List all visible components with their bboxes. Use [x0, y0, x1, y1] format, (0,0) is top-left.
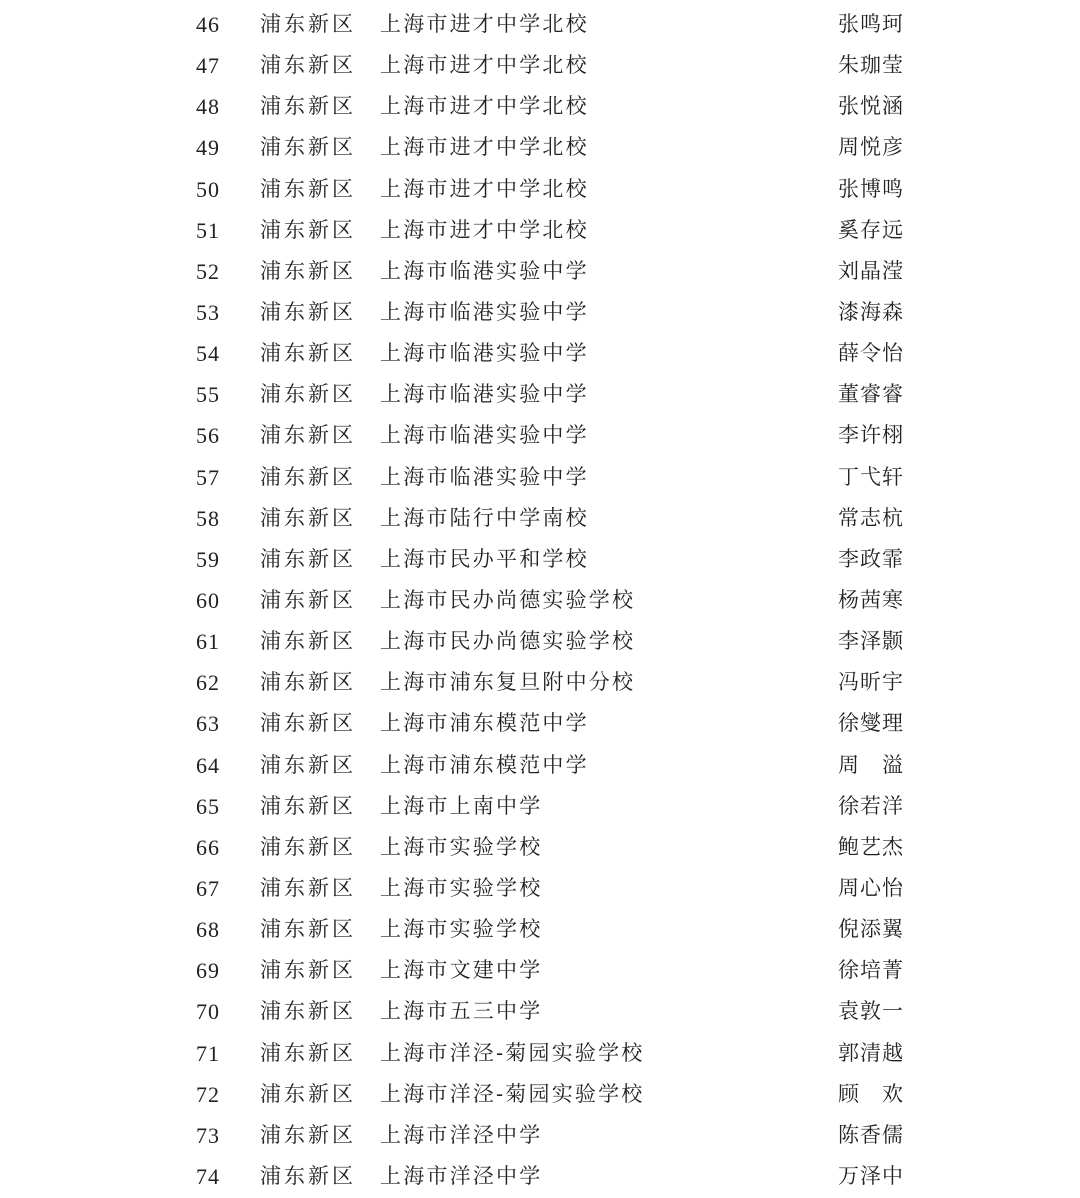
table-row: 62浦东新区上海市浦东复旦附中分校冯昕宇	[0, 662, 1080, 703]
school-cell: 上海市进才中学北校	[380, 210, 589, 251]
district-cell: 浦东新区	[260, 621, 356, 662]
school-cell: 上海市进才中学北校	[380, 169, 589, 210]
school-cell: 上海市进才中学北校	[380, 86, 589, 127]
table-row: 57浦东新区上海市临港实验中学丁弋轩	[0, 457, 1080, 498]
student-name-cell: 倪添翼	[838, 909, 904, 950]
school-cell: 上海市进才中学北校	[380, 45, 589, 86]
student-name-cell: 袁敦一	[838, 991, 904, 1032]
table-row: 49浦东新区上海市进才中学北校周悦彦	[0, 127, 1080, 168]
school-cell: 上海市洋泾-菊园实验学校	[380, 1033, 645, 1074]
row-number: 61	[196, 621, 220, 662]
district-cell: 浦东新区	[260, 45, 356, 86]
district-cell: 浦东新区	[260, 210, 356, 251]
row-number: 48	[196, 86, 220, 127]
district-cell: 浦东新区	[260, 127, 356, 168]
table-row: 46浦东新区上海市进才中学北校张鸣珂	[0, 4, 1080, 45]
table-row: 73浦东新区上海市洋泾中学陈香儒	[0, 1115, 1080, 1156]
district-cell: 浦东新区	[260, 950, 356, 991]
table-row: 53浦东新区上海市临港实验中学漆海森	[0, 292, 1080, 333]
school-cell: 上海市临港实验中学	[380, 415, 589, 456]
row-number: 50	[196, 169, 220, 210]
table-row: 68浦东新区上海市实验学校倪添翼	[0, 909, 1080, 950]
table-row: 60浦东新区上海市民办尚德实验学校杨茜寒	[0, 580, 1080, 621]
row-number: 57	[196, 457, 220, 498]
school-cell: 上海市实验学校	[380, 909, 542, 950]
table-row: 51浦东新区上海市进才中学北校奚存远	[0, 210, 1080, 251]
student-name-cell: 徐培菁	[838, 950, 904, 991]
district-cell: 浦东新区	[260, 86, 356, 127]
school-cell: 上海市进才中学北校	[380, 4, 589, 45]
district-cell: 浦东新区	[260, 745, 356, 786]
district-cell: 浦东新区	[260, 251, 356, 292]
student-name-cell: 杨茜寒	[838, 580, 904, 621]
student-name-cell: 张悦涵	[838, 86, 904, 127]
school-cell: 上海市民办平和学校	[380, 539, 589, 580]
district-cell: 浦东新区	[260, 868, 356, 909]
row-number: 70	[196, 991, 220, 1032]
student-name-cell: 万泽中	[838, 1156, 904, 1197]
table-row: 71浦东新区上海市洋泾-菊园实验学校郭清越	[0, 1033, 1080, 1074]
row-number: 72	[196, 1074, 220, 1115]
school-cell: 上海市民办尚德实验学校	[380, 621, 635, 662]
school-cell: 上海市洋泾中学	[380, 1115, 542, 1156]
school-cell: 上海市民办尚德实验学校	[380, 580, 635, 621]
table-row: 61浦东新区上海市民办尚德实验学校李泽颢	[0, 621, 1080, 662]
district-cell: 浦东新区	[260, 498, 356, 539]
student-name-cell: 郭清越	[838, 1033, 904, 1074]
school-cell: 上海市五三中学	[380, 991, 542, 1032]
row-number: 63	[196, 703, 220, 744]
row-number: 54	[196, 333, 220, 374]
student-name-cell: 张鸣珂	[838, 4, 904, 45]
school-cell: 上海市临港实验中学	[380, 457, 589, 498]
table-row: 67浦东新区上海市实验学校周心怡	[0, 868, 1080, 909]
row-number: 64	[196, 745, 220, 786]
student-name-cell: 李泽颢	[838, 621, 904, 662]
table-row: 50浦东新区上海市进才中学北校张博鸣	[0, 169, 1080, 210]
row-number: 68	[196, 909, 220, 950]
table-row: 65浦东新区上海市上南中学徐若洋	[0, 786, 1080, 827]
school-cell: 上海市文建中学	[380, 950, 542, 991]
row-number: 67	[196, 868, 220, 909]
row-number: 60	[196, 580, 220, 621]
district-cell: 浦东新区	[260, 909, 356, 950]
school-cell: 上海市临港实验中学	[380, 374, 589, 415]
student-name-cell: 鲍艺杰	[838, 827, 904, 868]
school-cell: 上海市实验学校	[380, 868, 542, 909]
district-cell: 浦东新区	[260, 4, 356, 45]
student-name-cell: 漆海森	[838, 292, 904, 333]
student-name-cell: 陈香儒	[838, 1115, 904, 1156]
district-cell: 浦东新区	[260, 827, 356, 868]
school-cell: 上海市浦东模范中学	[380, 703, 589, 744]
row-number: 74	[196, 1156, 220, 1197]
school-cell: 上海市洋泾中学	[380, 1156, 542, 1197]
table-row: 55浦东新区上海市临港实验中学董睿睿	[0, 374, 1080, 415]
row-number: 71	[196, 1033, 220, 1074]
district-cell: 浦东新区	[260, 786, 356, 827]
school-cell: 上海市临港实验中学	[380, 251, 589, 292]
school-cell: 上海市陆行中学南校	[380, 498, 589, 539]
district-cell: 浦东新区	[260, 457, 356, 498]
row-number: 66	[196, 827, 220, 868]
table-row: 47浦东新区上海市进才中学北校朱珈莹	[0, 45, 1080, 86]
student-name-cell: 徐燮理	[838, 703, 904, 744]
row-number: 51	[196, 210, 220, 251]
student-name-cell: 李政霏	[838, 539, 904, 580]
table-row: 74浦东新区上海市洋泾中学万泽中	[0, 1156, 1080, 1197]
district-cell: 浦东新区	[260, 1115, 356, 1156]
school-cell: 上海市上南中学	[380, 786, 542, 827]
student-list-table: 46浦东新区上海市进才中学北校张鸣珂47浦东新区上海市进才中学北校朱珈莹48浦东…	[0, 4, 1080, 1197]
district-cell: 浦东新区	[260, 415, 356, 456]
student-name-cell: 徐若洋	[838, 786, 904, 827]
student-name-cell: 周 溢	[838, 745, 904, 786]
district-cell: 浦东新区	[260, 539, 356, 580]
table-row: 48浦东新区上海市进才中学北校张悦涵	[0, 86, 1080, 127]
school-cell: 上海市浦东复旦附中分校	[380, 662, 635, 703]
district-cell: 浦东新区	[260, 580, 356, 621]
student-name-cell: 顾 欢	[838, 1074, 904, 1115]
student-name-cell: 奚存远	[838, 210, 904, 251]
table-row: 52浦东新区上海市临港实验中学刘晶滢	[0, 251, 1080, 292]
student-name-cell: 刘晶滢	[838, 251, 904, 292]
table-row: 59浦东新区上海市民办平和学校李政霏	[0, 539, 1080, 580]
district-cell: 浦东新区	[260, 1156, 356, 1197]
table-row: 70浦东新区上海市五三中学袁敦一	[0, 991, 1080, 1032]
student-name-cell: 张博鸣	[838, 169, 904, 210]
row-number: 65	[196, 786, 220, 827]
district-cell: 浦东新区	[260, 1033, 356, 1074]
student-name-cell: 周悦彦	[838, 127, 904, 168]
student-name-cell: 薛令怡	[838, 333, 904, 374]
row-number: 55	[196, 374, 220, 415]
district-cell: 浦东新区	[260, 169, 356, 210]
row-number: 69	[196, 950, 220, 991]
table-row: 69浦东新区上海市文建中学徐培菁	[0, 950, 1080, 991]
district-cell: 浦东新区	[260, 292, 356, 333]
student-name-cell: 常志杭	[838, 498, 904, 539]
table-row: 58浦东新区上海市陆行中学南校常志杭	[0, 498, 1080, 539]
row-number: 49	[196, 127, 220, 168]
student-name-cell: 朱珈莹	[838, 45, 904, 86]
district-cell: 浦东新区	[260, 991, 356, 1032]
table-row: 56浦东新区上海市临港实验中学李许栩	[0, 415, 1080, 456]
student-name-cell: 周心怡	[838, 868, 904, 909]
student-name-cell: 冯昕宇	[838, 662, 904, 703]
district-cell: 浦东新区	[260, 703, 356, 744]
student-name-cell: 丁弋轩	[838, 457, 904, 498]
school-cell: 上海市进才中学北校	[380, 127, 589, 168]
table-row: 54浦东新区上海市临港实验中学薛令怡	[0, 333, 1080, 374]
table-row: 63浦东新区上海市浦东模范中学徐燮理	[0, 703, 1080, 744]
row-number: 59	[196, 539, 220, 580]
row-number: 53	[196, 292, 220, 333]
row-number: 47	[196, 45, 220, 86]
row-number: 52	[196, 251, 220, 292]
row-number: 62	[196, 662, 220, 703]
table-row: 64浦东新区上海市浦东模范中学周 溢	[0, 745, 1080, 786]
table-row: 72浦东新区上海市洋泾-菊园实验学校顾 欢	[0, 1074, 1080, 1115]
table-row: 66浦东新区上海市实验学校鲍艺杰	[0, 827, 1080, 868]
school-cell: 上海市洋泾-菊园实验学校	[380, 1074, 645, 1115]
row-number: 46	[196, 4, 220, 45]
school-cell: 上海市实验学校	[380, 827, 542, 868]
row-number: 56	[196, 415, 220, 456]
student-name-cell: 李许栩	[838, 415, 904, 456]
row-number: 73	[196, 1115, 220, 1156]
row-number: 58	[196, 498, 220, 539]
district-cell: 浦东新区	[260, 662, 356, 703]
school-cell: 上海市临港实验中学	[380, 292, 589, 333]
school-cell: 上海市临港实验中学	[380, 333, 589, 374]
student-name-cell: 董睿睿	[838, 374, 904, 415]
district-cell: 浦东新区	[260, 1074, 356, 1115]
district-cell: 浦东新区	[260, 374, 356, 415]
school-cell: 上海市浦东模范中学	[380, 745, 589, 786]
district-cell: 浦东新区	[260, 333, 356, 374]
